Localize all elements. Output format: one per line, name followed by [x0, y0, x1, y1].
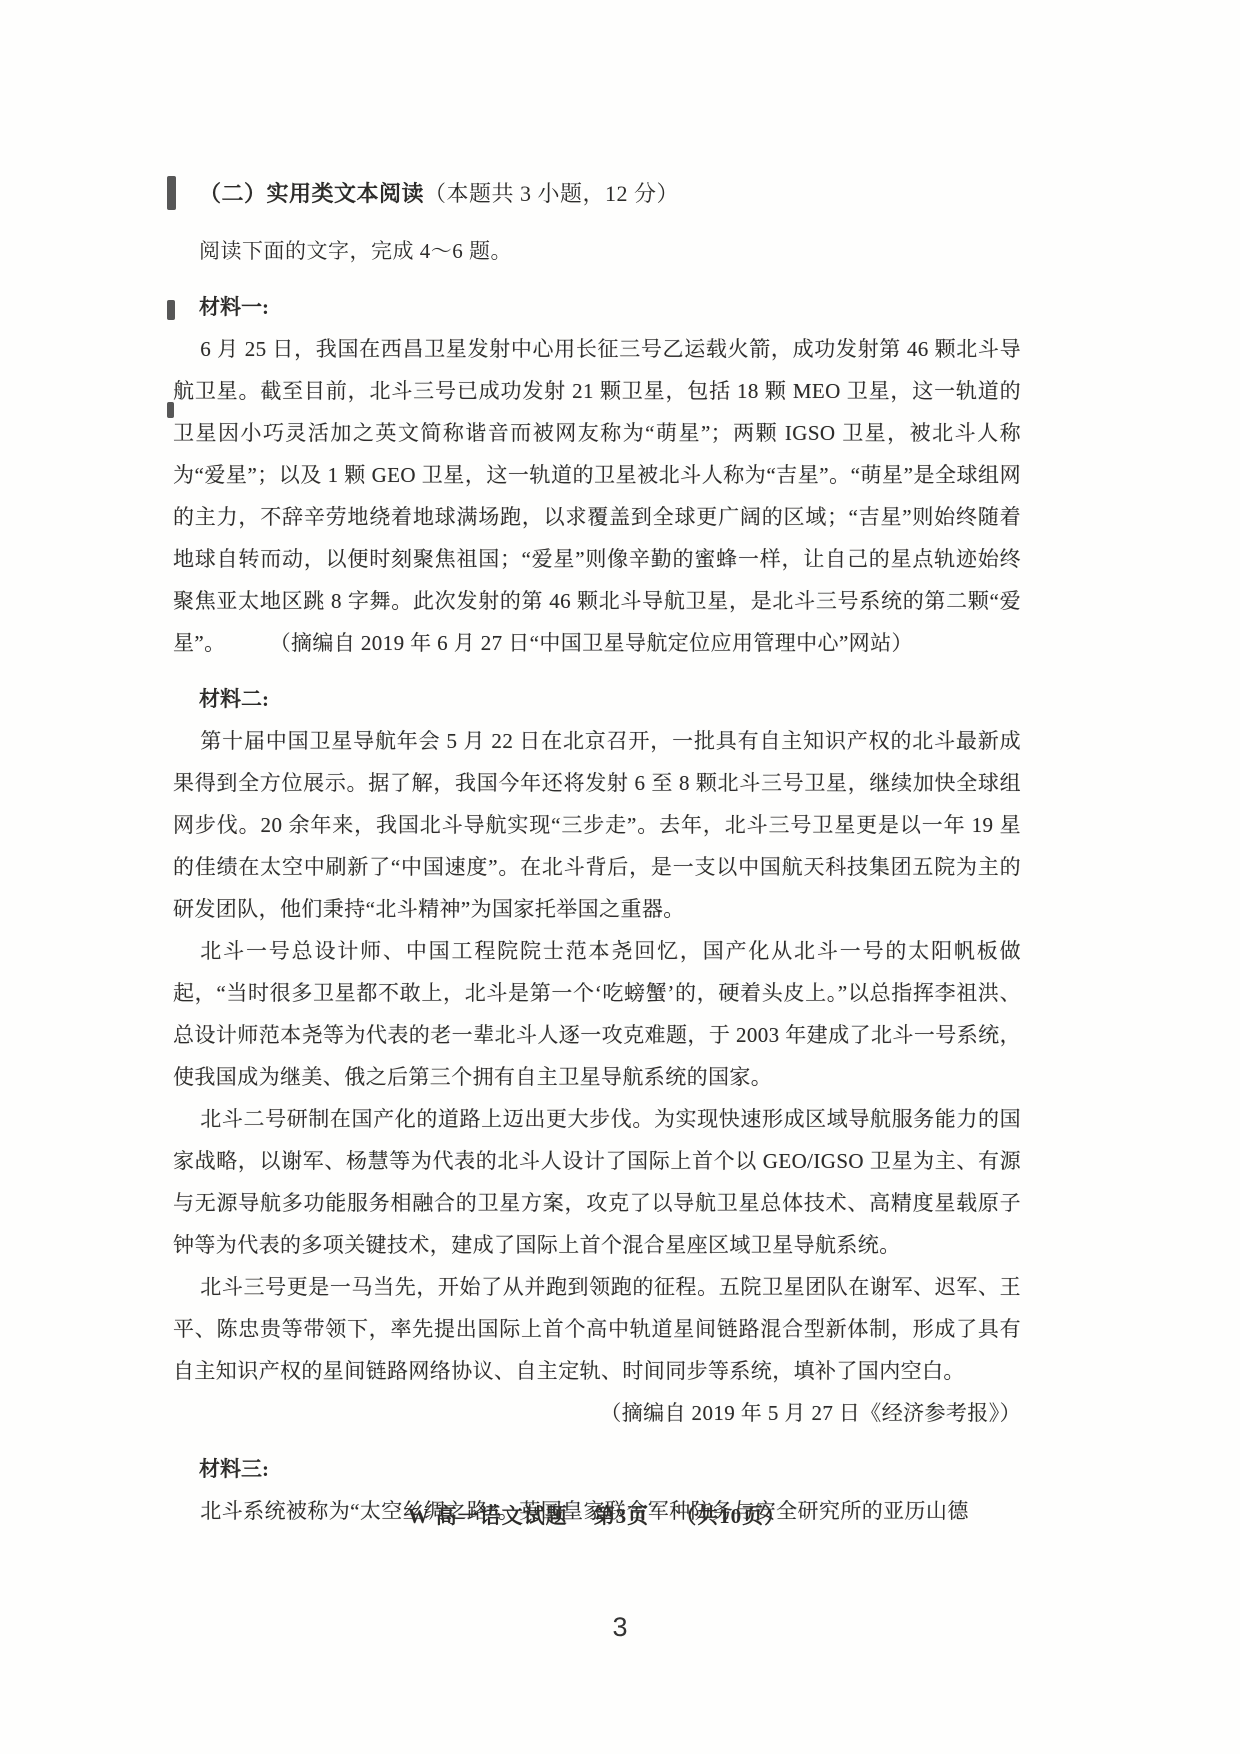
- material-one-paragraph: 6 月 25 日，我国在西昌卫星发射中心用长征三号乙运载火箭，成功发射第 46 …: [173, 328, 1021, 664]
- material-one-source: （摘编自 2019 年 6 月 27 日“中国卫星导航定位应用管理中心”网站）: [226, 631, 913, 655]
- page-footer: W 高一语文试题第3页（共10页）: [173, 1500, 1021, 1530]
- pdf-page-number: 3: [0, 1612, 1240, 1643]
- material-two-paragraph: 第十届中国卫星导航年会 5 月 22 日在北京召开，一批具有自主知识产权的北斗最…: [173, 720, 1021, 930]
- exam-content: （二）实用类文本阅读（本题共 3 小题，12 分） 阅读下面的文字，完成 4～6…: [173, 172, 1021, 1532]
- footer-doc-title: W 高一语文试题: [408, 1504, 568, 1528]
- material-one-label: 材料一:: [173, 286, 1021, 328]
- section-heading: （二）实用类文本阅读（本题共 3 小题，12 分）: [173, 172, 1021, 216]
- section-title: （二）实用类文本阅读: [199, 181, 424, 206]
- material-two-paragraph: 北斗一号总设计师、中国工程院院士范本尧回忆，国产化从北斗一号的太阳帆板做起，“当…: [173, 930, 1021, 1098]
- material-two-paragraph: 北斗二号研制在国产化的道路上迈出更大步伐。为实现快速形成区域导航服务能力的国家战…: [173, 1098, 1021, 1266]
- material-one-text: 6 月 25 日，我国在西昌卫星发射中心用长征三号乙运载火箭，成功发射第 46 …: [173, 337, 1021, 655]
- exam-page: （二）实用类文本阅读（本题共 3 小题，12 分） 阅读下面的文字，完成 4～6…: [0, 0, 1240, 1754]
- footer-total-info: （共10页）: [675, 1504, 786, 1528]
- footer-page-info: 第3页: [594, 1504, 650, 1528]
- reading-instruction: 阅读下面的文字，完成 4～6 题。: [173, 230, 1021, 272]
- material-two-paragraph: 北斗三号更是一马当先，开始了从并跑到领跑的征程。五院卫星团队在谢军、迟军、王平、…: [173, 1266, 1021, 1392]
- section-title-note: （本题共 3 小题，12 分）: [424, 181, 679, 206]
- material-two-label: 材料二:: [173, 678, 1021, 720]
- material-two-source: （摘编自 2019 年 5 月 27 日《经济参考报》）: [173, 1392, 1021, 1434]
- material-three-label: 材料三:: [173, 1448, 1021, 1490]
